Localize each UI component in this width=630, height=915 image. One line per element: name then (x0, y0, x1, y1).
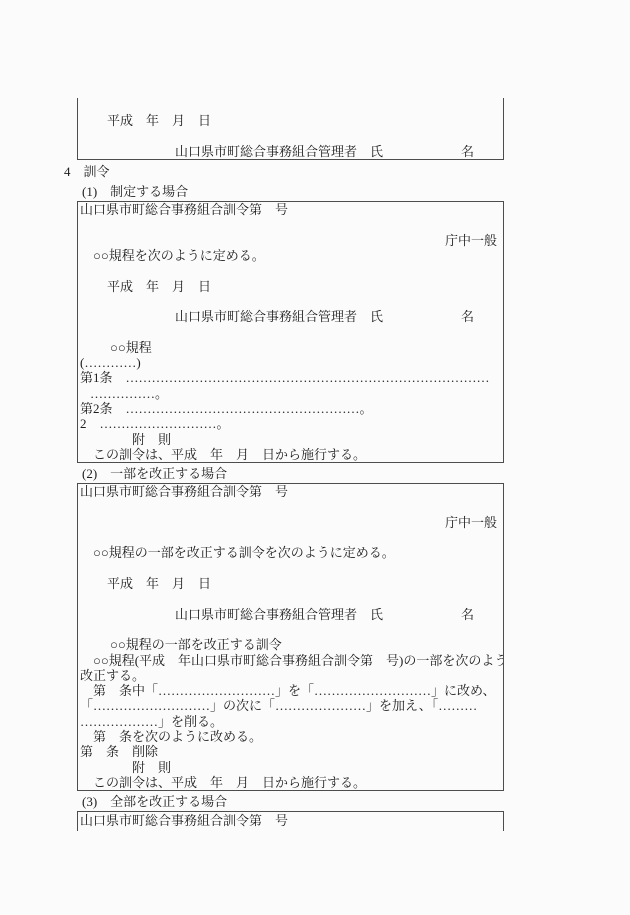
signature-line: 山口県市町総合事務組合管理者 氏 名 (80, 607, 501, 622)
addressee-line: 庁中一般 (80, 233, 501, 248)
supplementary-provisions-heading: 附 則 (80, 432, 501, 447)
blank-line (80, 294, 501, 309)
blank-line (80, 500, 501, 515)
signature-line: 山口県市町総合事務組合管理者 氏 名 (80, 144, 501, 159)
parenthetical-note-line: (…………) (80, 355, 501, 370)
section-heading: 4 訓令 (0, 163, 630, 181)
addressee-line: 庁中一般 (80, 515, 501, 530)
regulation-title-line: ○○規程 (80, 340, 501, 355)
blank-line (80, 622, 501, 637)
preamble-line: ○○規程を次のように定める。 (80, 248, 501, 263)
amendment-clause-line-1: 第 条中「………………………」を「………………………」に改め、 (80, 683, 501, 698)
item-heading-enactment: (1) 制定する場合 (0, 183, 630, 201)
signature-line: 山口県市町総合事務組合管理者 氏 名 (80, 309, 501, 324)
amendment-title-line: ○○規程の一部を改正する訓令 (80, 637, 501, 652)
blank-line (80, 530, 501, 545)
article-delete-line: 第 条 削除 (80, 744, 501, 759)
date-line: 平成 年 月 日 (80, 279, 501, 294)
article1-line: 第1条 ………………………………………………………………………… (80, 370, 501, 385)
supplementary-provisions-heading: 附 則 (80, 760, 501, 775)
date-line: 平成 年 月 日 (80, 113, 501, 128)
full-amendment-box: 山口県市町総合事務組合訓令第 号 (77, 811, 504, 831)
blank-line (80, 129, 501, 144)
preamble-line: ○○規程の一部を改正する訓令を次のように定める。 (80, 545, 501, 560)
blank-line (80, 325, 501, 340)
directive-number-line: 山口県市町総合事務組合訓令第 号 (80, 202, 501, 217)
top-margin (0, 0, 630, 98)
effective-date-line: この訓令は、平成 年 月 日から施行する。 (80, 775, 501, 790)
article2-line: 第2条 ………………………………………………。 (80, 401, 501, 416)
date-line: 平成 年 月 日 (80, 576, 501, 591)
enactment-box: 山口県市町総合事務組合訓令第 号 庁中一般 ○○規程を次のように定める。 平成 … (77, 201, 504, 463)
partial-amendment-box: 山口県市町総合事務組合訓令第 号 庁中一般 ○○規程の一部を改正する訓令を次のよ… (77, 483, 504, 791)
blank-line (80, 98, 501, 113)
amendment-clause-line-3: ………………」を削る。 (80, 714, 501, 729)
amendment-preamble-line: ○○規程(平成 年山口県市町総合事務組合訓令第 号)の一部を次のように (80, 653, 501, 668)
continuation-box: 平成 年 月 日 山口県市町総合事務組合管理者 氏 名 (77, 98, 504, 160)
amendment-preamble-continuation-line: 改正する。 (80, 668, 501, 683)
blank-line (80, 561, 501, 576)
directive-number-line: 山口県市町総合事務組合訓令第 号 (80, 813, 501, 828)
document-page: { "headings": { "section": "4 訓令", "item… (0, 0, 630, 915)
paragraph2-line: 2 ………………………。 (80, 416, 501, 431)
blank-line (80, 591, 501, 606)
item-heading-full-amendment: (3) 全部を改正する場合 (0, 793, 630, 811)
directive-number-line: 山口県市町総合事務組合訓令第 号 (80, 484, 501, 499)
article-replace-line: 第 条を次のように改める。 (80, 729, 501, 744)
article1-continuation-line: ……………。 (80, 386, 501, 401)
blank-line (80, 217, 501, 232)
item-heading-partial-amendment: (2) 一部を改正する場合 (0, 465, 630, 483)
amendment-clause-line-2: 「………………………」の次に「…………………」を加え、「……… (80, 698, 501, 713)
effective-date-line: この訓令は、平成 年 月 日から施行する。 (80, 447, 501, 462)
blank-line (80, 263, 501, 278)
